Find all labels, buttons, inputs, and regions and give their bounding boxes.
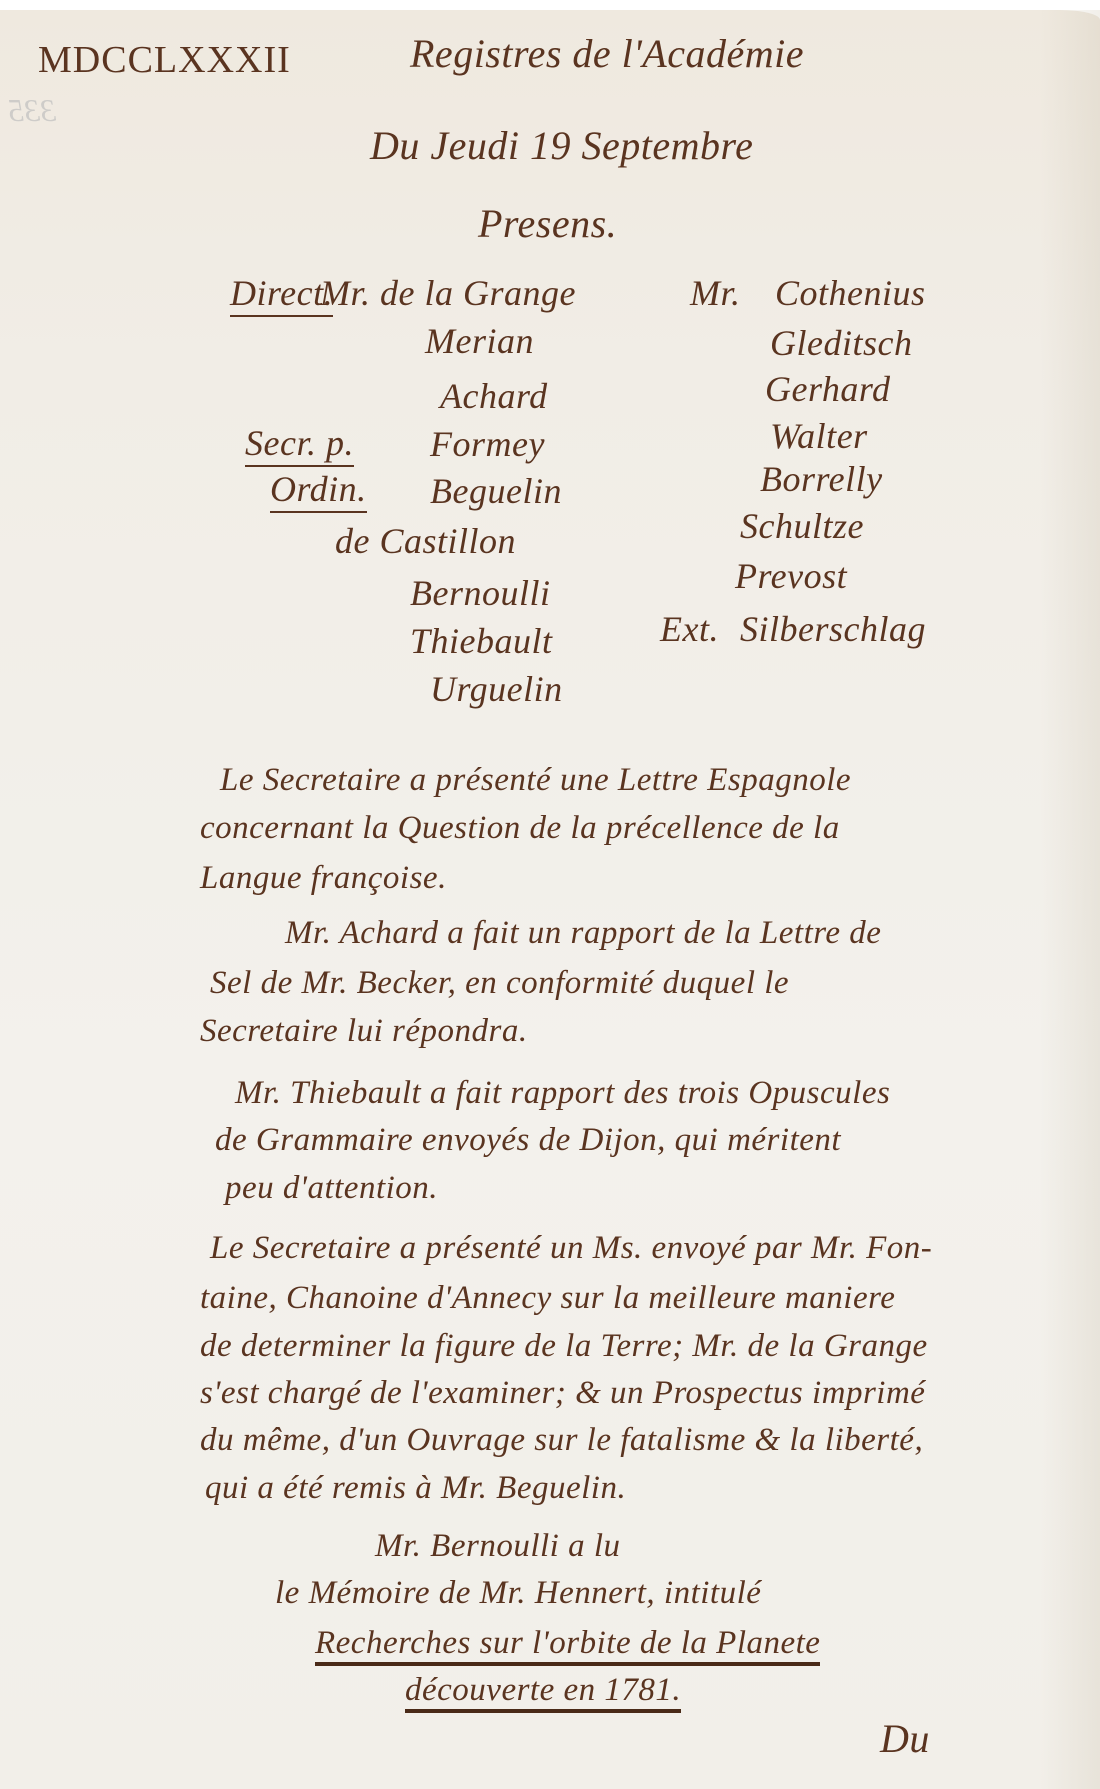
minutes-line: le Mémoire de Mr. Hennert, intitulé xyxy=(275,1575,761,1612)
member-name: Gerhard xyxy=(765,368,891,410)
member-name: Walter xyxy=(770,415,868,457)
right-column-prefix: Mr. xyxy=(690,272,741,314)
catchword: Du xyxy=(880,1715,930,1762)
minutes-line: Le Secretaire a présenté un Ms. envoyé p… xyxy=(210,1230,932,1267)
member-name: Thiebault xyxy=(410,620,553,662)
member-name: Formey xyxy=(430,423,545,465)
member-name: de la Grange xyxy=(380,272,576,314)
minutes-line: qui a été remis à Mr. Beguelin. xyxy=(205,1470,626,1507)
member-name: Silberschlag xyxy=(740,608,926,650)
session-date: Du Jeudi 19 Septembre xyxy=(370,122,753,169)
memoir-title-line: découverte en 1781. xyxy=(405,1672,681,1713)
left-column-prefix: Mr. xyxy=(320,272,371,314)
member-name: Beguelin xyxy=(430,470,562,512)
member-name: Merian xyxy=(425,320,534,362)
member-name: Gleditsch xyxy=(770,322,912,364)
minutes-line: Sel de Mr. Becker, en conformité duquel … xyxy=(210,965,789,1002)
extraordinary-label: Ext. xyxy=(660,608,719,650)
minutes-line: du même, d'un Ouvrage sur le fatalisme &… xyxy=(200,1422,923,1459)
minutes-line: Secretaire lui répondra. xyxy=(200,1013,528,1050)
minutes-line: taine, Chanoine d'Annecy sur la meilleur… xyxy=(200,1280,895,1317)
minutes-line: Mr. Achard a fait un rapport de la Lettr… xyxy=(285,915,881,952)
minutes-line: Le Secretaire a présenté une Lettre Espa… xyxy=(220,762,851,799)
minutes-line: Mr. Thiebault a fait rapport des trois O… xyxy=(235,1075,890,1112)
member-name: Schultze xyxy=(740,505,864,547)
member-name: Borrelly xyxy=(760,458,883,500)
register-title: Registres de l'Académie xyxy=(410,30,804,77)
year-roman-numeral: MDCCLXXXII xyxy=(38,38,291,82)
manuscript-page: 335 MDCCLXXXII Registres de l'Académie D… xyxy=(0,10,1100,1789)
minutes-line: Mr. Bernoulli a lu xyxy=(375,1528,621,1565)
minutes-line: Langue françoise. xyxy=(200,860,447,897)
folio-number-bleedthrough: 335 xyxy=(8,92,56,129)
minutes-line: s'est chargé de l'examiner; & un Prospec… xyxy=(200,1375,925,1412)
minutes-line: de Grammaire envoyés de Dijon, qui mérit… xyxy=(215,1122,841,1159)
member-name: Urguelin xyxy=(430,668,563,710)
member-name: Achard xyxy=(440,375,548,417)
role-director-label: Direct. xyxy=(230,272,333,317)
minutes-line: concernant la Question de la précellence… xyxy=(200,810,840,847)
minutes-line: de determiner la figure de la Terre; Mr.… xyxy=(200,1328,928,1365)
memoir-title-line: Recherches sur l'orbite de la Planete xyxy=(315,1625,820,1666)
member-name: Prevost xyxy=(735,555,847,597)
minutes-line: peu d'attention. xyxy=(225,1170,438,1207)
presens-heading: Presens. xyxy=(478,200,617,247)
member-name: de Castillon xyxy=(335,520,516,562)
member-name: Cothenius xyxy=(775,272,926,314)
role-ordinary-label: Ordin. xyxy=(270,468,367,513)
role-secretary-label: Secr. p. xyxy=(245,422,354,467)
member-name: Bernoulli xyxy=(410,572,550,614)
